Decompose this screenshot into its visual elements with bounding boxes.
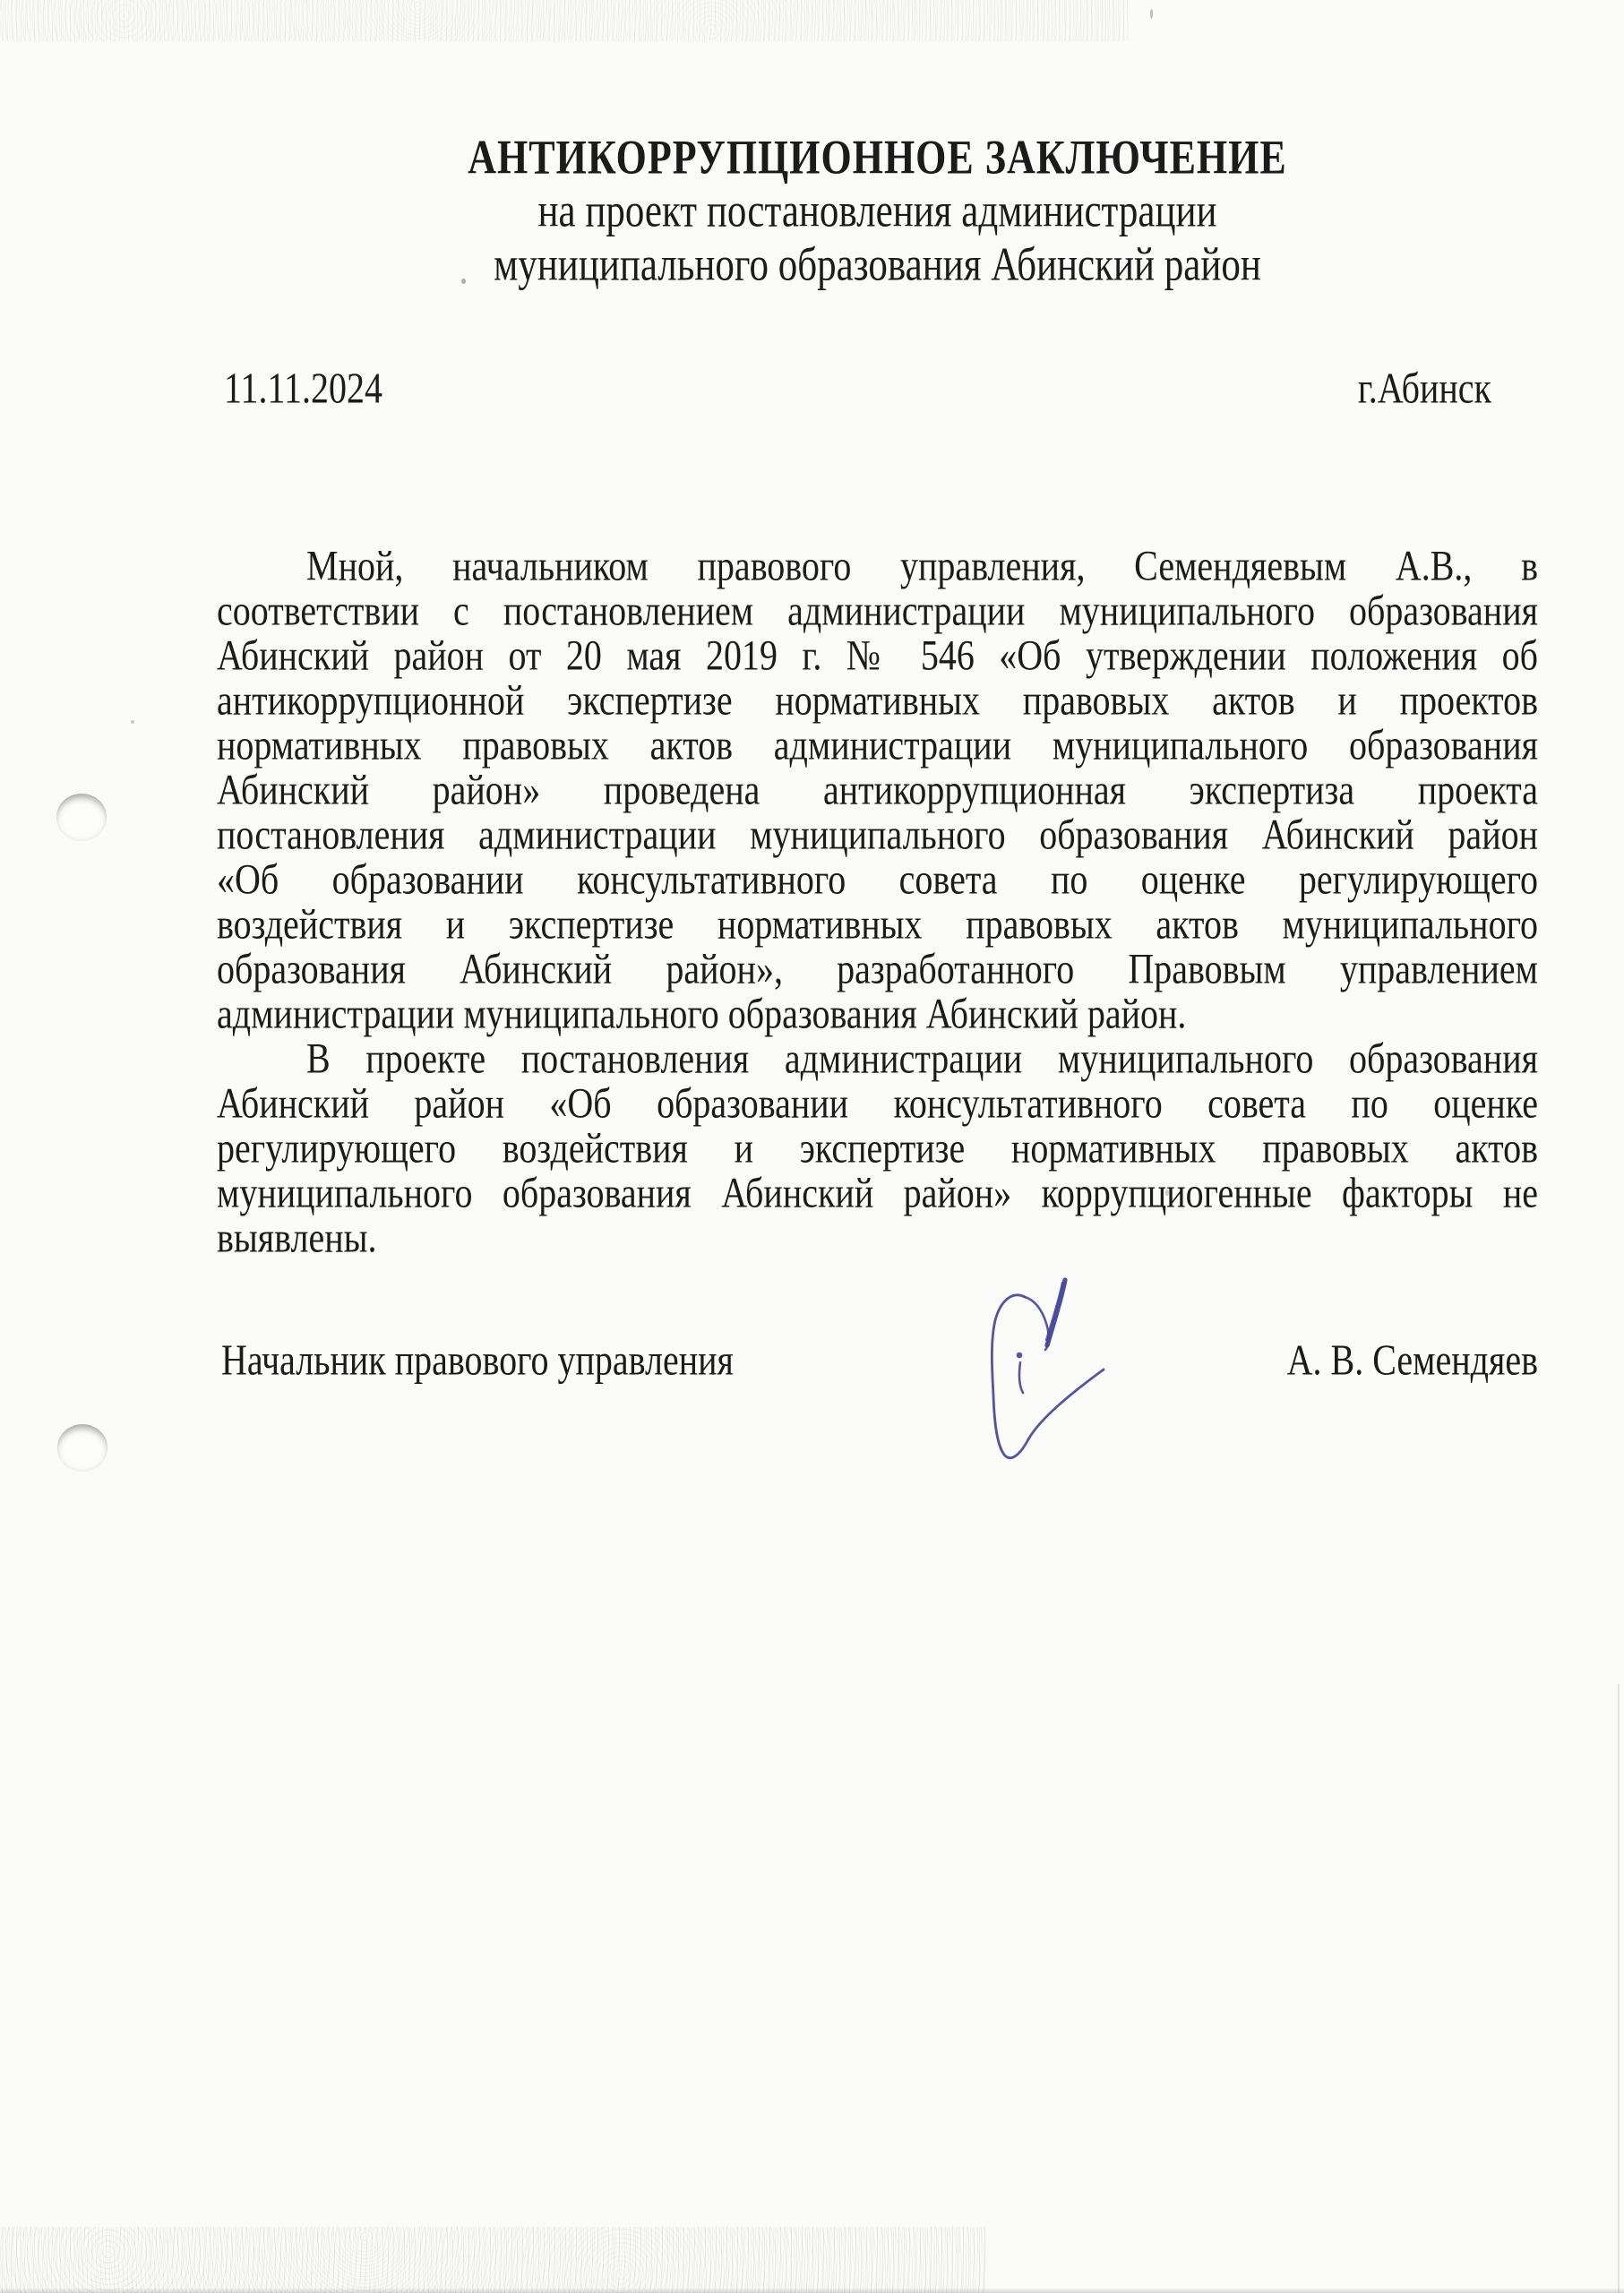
hole-punch-top: [56, 794, 107, 841]
date-value: 11.11.2024: [224, 361, 382, 416]
hole-punch-bottom: [57, 1424, 107, 1472]
body-text: Мной, начальником правового управления, …: [217, 539, 1538, 1256]
ink-speck: [131, 720, 134, 724]
dateline: 11.11.2024 г.Абинск: [217, 361, 1538, 406]
scan-edge-line: [1618, 1684, 1620, 2293]
place-value: г.Абинск: [1358, 361, 1491, 416]
document-header: АНТИКОРРУПЦИОННОЕ ЗАКЛЮЧЕНИЕ на проект п…: [217, 125, 1538, 287]
signer-name: А. В. Семендяев: [1287, 1333, 1538, 1387]
title-subtitle-line2: муниципального образования Абинский райо…: [217, 233, 1538, 298]
paragraph2-line: выявлены.: [217, 1211, 1538, 1265]
scan-edge-shadow: [0, 2288, 1624, 2293]
document-page: АНТИКОРРУПЦИОННОЕ ЗАКЛЮЧЕНИЕ на проект п…: [0, 0, 1624, 2293]
scan-noise-bottom: [0, 2227, 985, 2293]
ink-speck: [1150, 9, 1153, 19]
handwritten-signature: [949, 1261, 1164, 1476]
signature-block: Начальник правового управления А. В. Сем…: [217, 1333, 1538, 1378]
signer-position-label: Начальник правового управления: [221, 1333, 734, 1387]
scan-noise-top: [0, 0, 1129, 41]
